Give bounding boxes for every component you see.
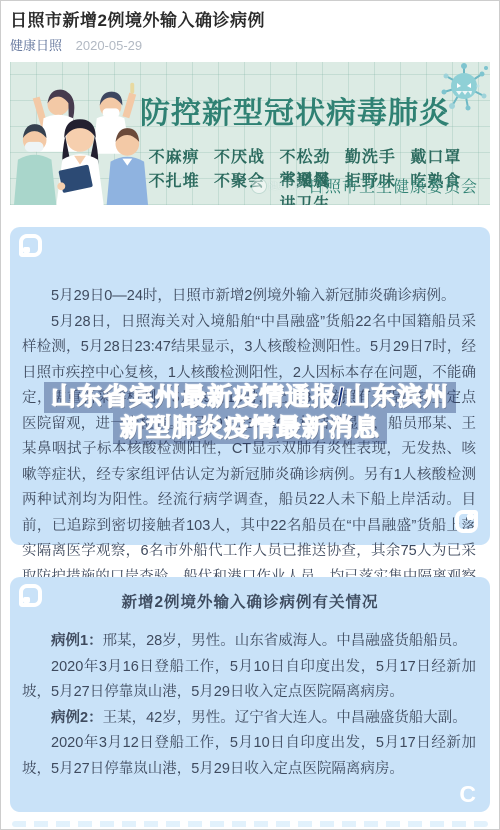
case-detail: 2020年3月12日登船工作，5月10日自印度出发，5月17日经新加坡，5月27… — [10, 731, 490, 782]
case-summary: 病例2：王某，42岁，男性。辽宁省大连人。中昌融盛货船大副。 — [10, 706, 490, 732]
source-account-link[interactable]: 健康日照 — [10, 38, 62, 53]
banner-title: 防控新型冠状病毒肺炎 — [140, 88, 450, 132]
medical-team-illustration — [12, 67, 150, 205]
coronavirus-icon — [438, 62, 490, 114]
quote-open-icon — [19, 584, 42, 607]
case-card-heading: 新增2例境外输入确诊病例有关情况 — [10, 577, 490, 612]
health-rizhao-logo-watermark: 健康日照 — [252, 179, 304, 193]
bulletin-paragraph: 5月28日，日照海关对入境船舶“中昌融盛”货船22名中国籍船员采样检测，5月28… — [10, 310, 490, 616]
publish-date: 2020-05-29 — [76, 38, 143, 53]
quote-open-icon — [19, 234, 42, 257]
prevention-banner-image: 防控新型冠状病毒肺炎 不麻痹 不厌战 不松劲 勤洗手 戴口罩 常通风 不扎堆 不… — [10, 62, 490, 205]
page-title: 日照市新增2例境外输入确诊病例 — [10, 6, 480, 31]
case-list: 病例1：邢某，28岁，男性。山东省威海人。中昌融盛货船船员。 2020年3月16… — [10, 629, 490, 782]
corner-c-mark: C — [459, 783, 476, 806]
overlay-headline-line1: 山东省宾州最新疫情通报/山东滨州 — [44, 382, 456, 413]
bulletin-paragraph: 5月29日0—24时，日照市新增2例境外输入新冠肺炎确诊病例。 — [10, 284, 490, 310]
case-detail: 2020年3月16日登船工作，5月10日自印度出发，5月17日经新加坡，5月27… — [10, 655, 490, 706]
case-text: 王某，42岁，男性。辽宁省大连人。中昌融盛货船大副。 — [103, 710, 467, 726]
article-meta: 健康日照 2020-05-29 — [10, 35, 142, 54]
article-page: 日照市新增2例境外输入确诊病例 健康日照 2020-05-29 — [0, 0, 500, 830]
logo-circle-icon — [252, 179, 266, 193]
cutoff-next-block — [12, 821, 488, 827]
overlay-headline: 山东省宾州最新疫情通报/山东滨州 新型肺炎疫情最新消息 — [0, 382, 500, 444]
banner-issuer-row: 健康日照 日照市卫生健康委员会 — [252, 174, 478, 197]
case-summary: 病例1：邢某，28岁，男性。山东省威海人。中昌融盛货船船员。 — [10, 629, 490, 655]
overlay-headline-line2: 新型肺炎疫情最新消息 — [113, 413, 387, 444]
case-label: 病例1： — [51, 633, 103, 649]
case-label: 病例2： — [51, 710, 103, 726]
case-text: 邢某，28岁，男性。山东省威海人。中昌融盛货船船员。 — [103, 633, 467, 649]
banner-issuer: 日照市卫生健康委员会 — [308, 174, 478, 197]
bulletin-body: 5月29日0—24时，日照市新增2例境外输入新冠肺炎确诊病例。 5月28日，日照… — [10, 284, 490, 616]
case-detail-card: 新增2例境外输入确诊病例有关情况 病例1：邢某，28岁，男性。山东省威海人。中昌… — [10, 577, 490, 812]
quote-close-icon — [455, 510, 478, 533]
